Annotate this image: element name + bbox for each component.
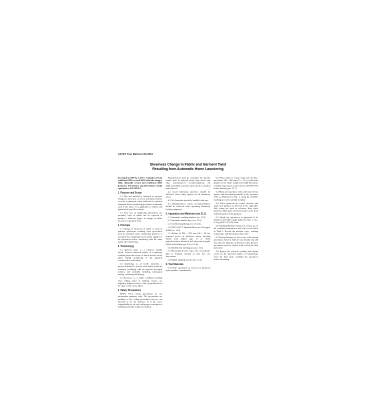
paragraph: 4.1 Good laboratory practices should be …: [166, 190, 210, 198]
paragraph: 1.1 This test method is intended to meas…: [118, 195, 162, 211]
text-column-1: Developed in 1996 by AATCC Committee RA4…: [118, 176, 162, 309]
paragraph: 3.3 skewness, n.—a fabric condition resu…: [118, 277, 162, 288]
paragraph: 5.1 Automatic washing machine (see 11.2)…: [166, 216, 210, 219]
paragraph: Developed in 1996 by AATCC Committee RA4…: [118, 176, 162, 189]
document-preview-canvas: AATCC Test Method 179-2004 Skewness Chan…: [0, 0, 368, 420]
paragraph: 5.4 1993 AATCC Standard Reference Deterg…: [166, 226, 210, 231]
section-heading: 5. Apparatus and Materials (see 11.1): [166, 212, 210, 215]
paragraph: 5.3 Conditioning/drying area or racks.: [166, 223, 210, 226]
text-column-3: 6.2 When fabric is tested, mark and cut …: [214, 176, 258, 309]
paragraph: 5.7 Measuring devices: tape, rule, clear…: [166, 250, 210, 258]
paragraph: 6.6 Washing Machine Parameters. Select o…: [214, 225, 258, 236]
paragraph: 5.8 Digital imaging systems (see 11.6).: [166, 258, 210, 261]
paragraph: 4.3 Manufacturer's safety recommendation…: [166, 203, 210, 211]
paragraph: 5.5 Ballast of 920 × 920 mm (36 × 36 in.…: [166, 232, 210, 245]
paragraph: 4.2 All chemicals should be handled with…: [166, 199, 210, 202]
paragraph: 3.1 garment twist, n.—a rotation, usuall…: [118, 249, 162, 262]
document-page: AATCC Test Method 179-2004 Skewness Chan…: [117, 113, 259, 309]
paragraph: 2.1 Change in skewness of fabric or twis…: [118, 227, 162, 243]
paragraph: 6.1 Fabric specimens as received or garm…: [166, 266, 210, 271]
paragraph: 6.4 When garments are tested, measure an…: [214, 202, 258, 215]
document-title-line2: Resulting from Automatic Home Laundering: [117, 167, 259, 171]
paragraph: Manufacturers must be consulted for spec…: [166, 176, 210, 189]
paragraph: NOTE: These safety precautions are for i…: [118, 292, 162, 308]
paragraph: 6.2 When fabric is tested, mark and cut …: [214, 176, 258, 189]
section-heading: 2. Principle: [118, 224, 162, 227]
paragraph: 1.2 Four sets of laundering alternatives…: [118, 212, 162, 223]
paragraph: 6.8 Repeat the selected washing and dryi…: [214, 250, 258, 261]
section-heading: 1. Purpose and Scope: [118, 191, 162, 194]
paragraph: 6.5 Weigh the specimens or garments to b…: [214, 216, 258, 224]
text-column-2: Manufacturers must be consulted for spec…: [166, 176, 210, 309]
document-title: Skewness Change in Fabric and Garment Tw…: [117, 162, 259, 171]
paragraph: 3.2 laundering, n.—of textile materials,…: [118, 263, 162, 276]
section-heading: 4. Safety Precautions: [118, 289, 162, 292]
paragraph: 6.3 Mark each specimen with a 250 mm (10…: [214, 190, 258, 201]
section-heading: 6. Test Materials: [166, 263, 210, 266]
paragraph: 6.7 Drying Parameters. Select one of the…: [214, 236, 258, 249]
section-heading: 3. Terminology: [118, 245, 162, 248]
paragraph: 5.6 Indelible ink marking pen (see 11.5)…: [166, 246, 210, 249]
document-body-columns: Developed in 1996 by AATCC Committee RA4…: [118, 176, 258, 309]
document-page-content: AATCC Test Method 179-2004 Skewness Chan…: [117, 153, 259, 309]
document-header-left: AATCC Test Method 179-2004: [118, 153, 259, 156]
paragraph: 5.2 Automatic tumble dryer (see 11.2).: [166, 219, 210, 222]
